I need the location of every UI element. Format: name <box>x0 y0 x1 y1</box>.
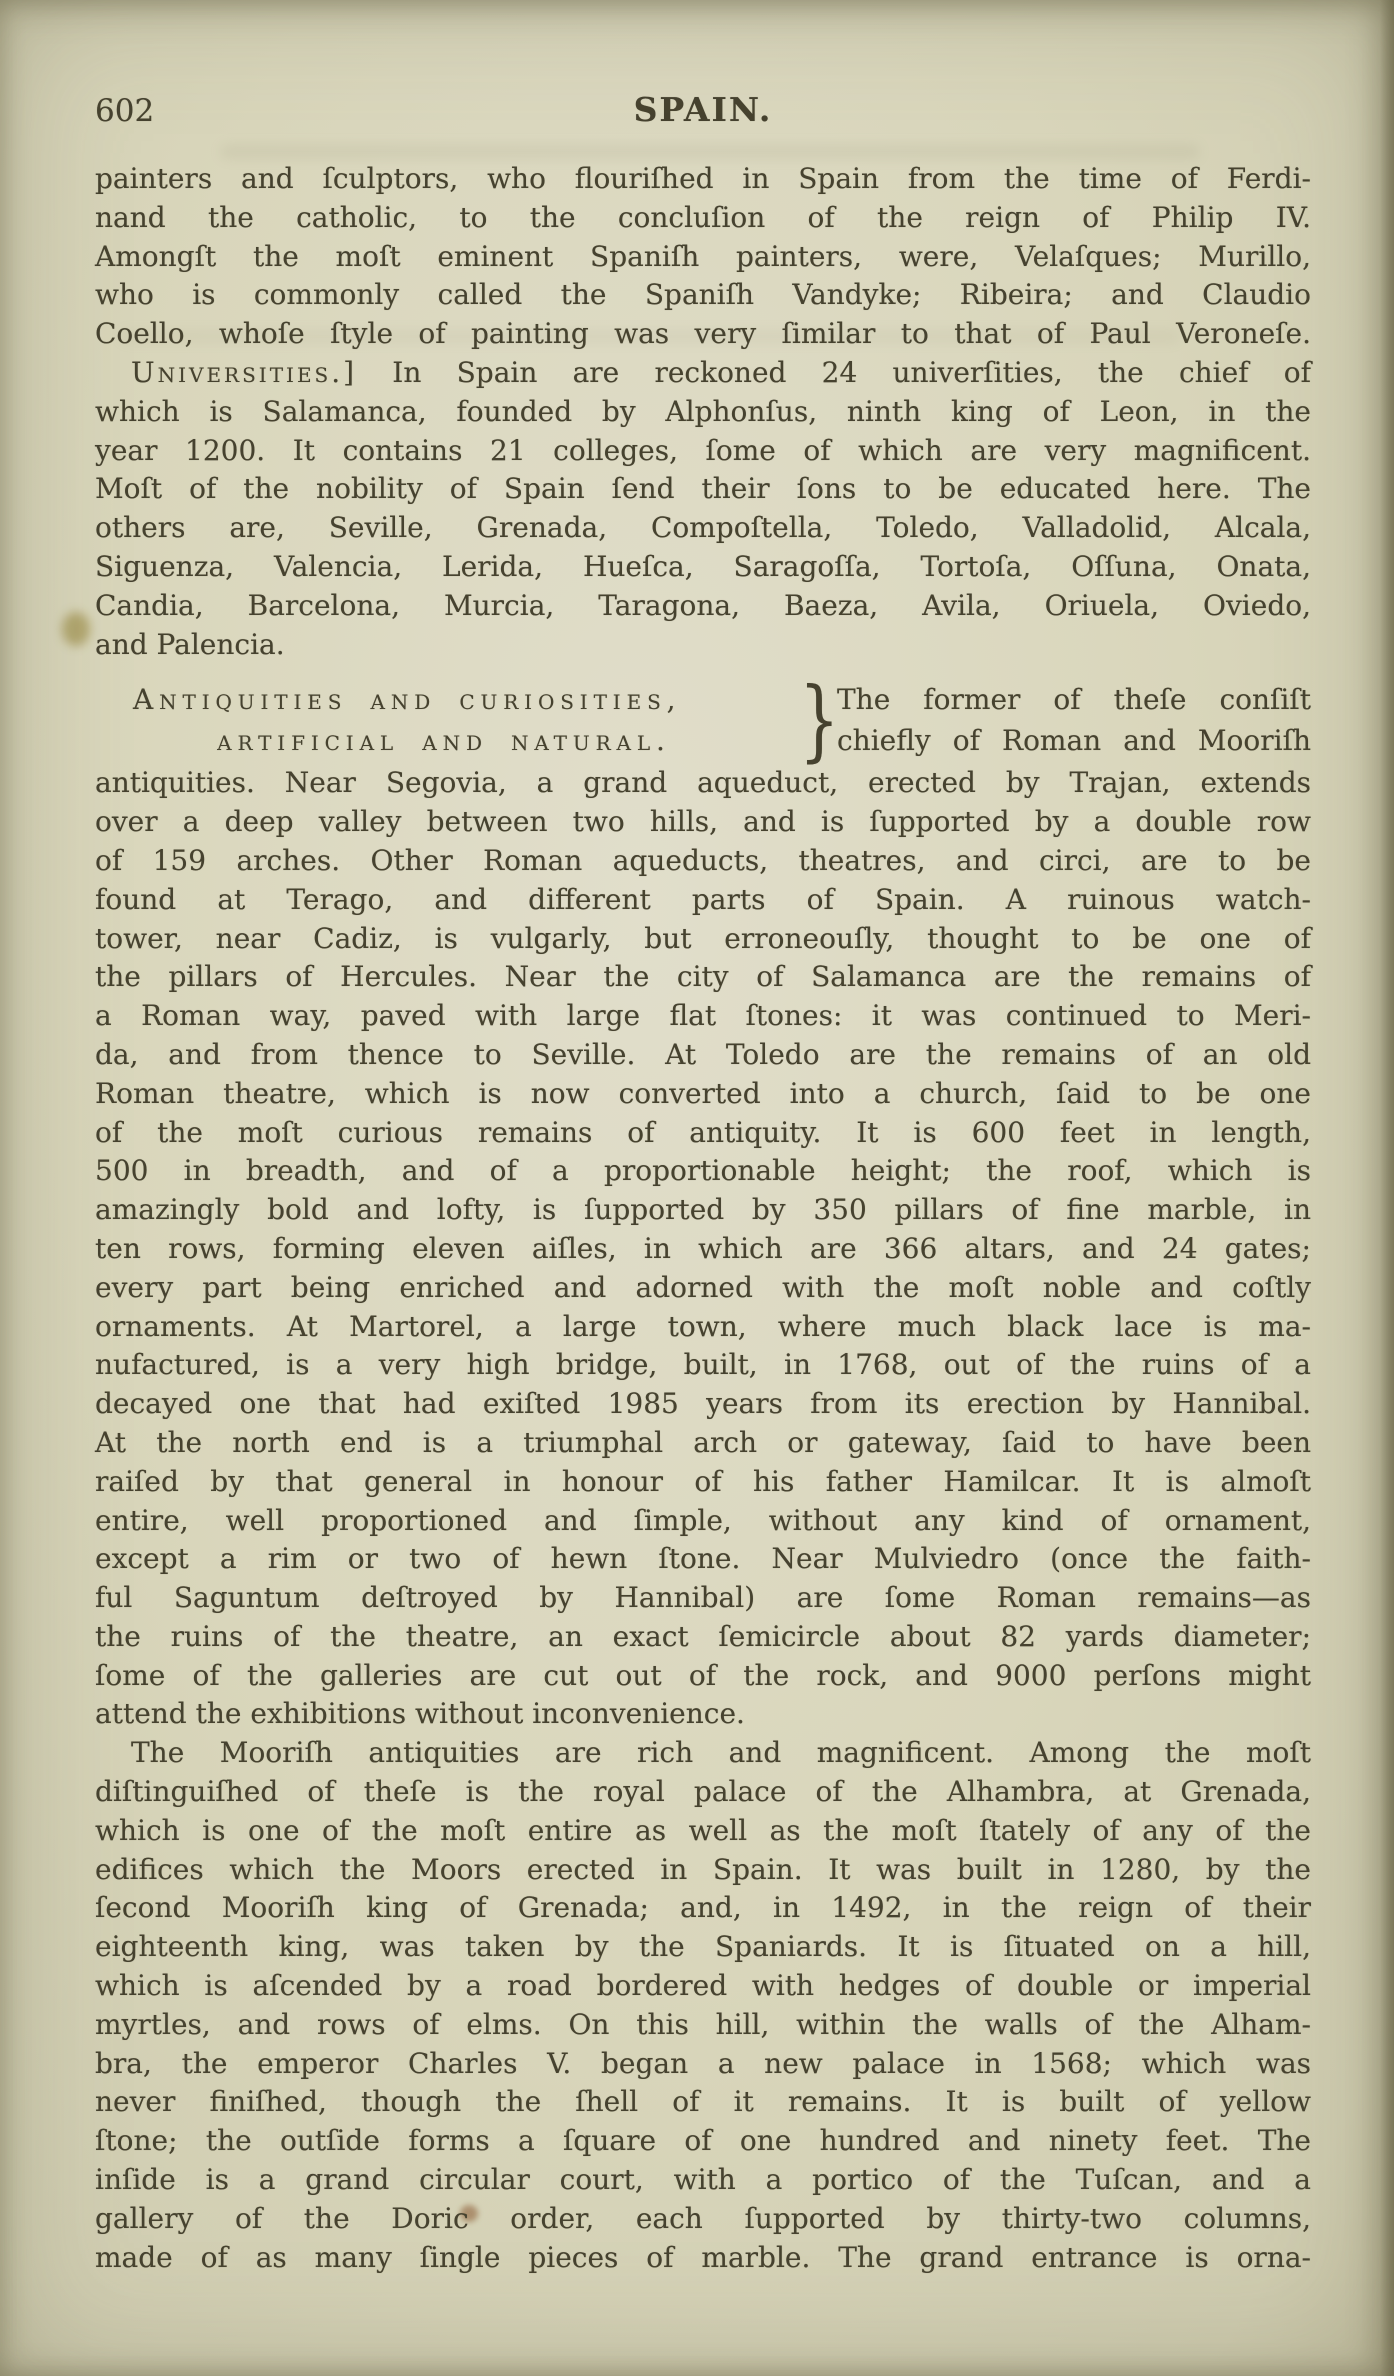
text-line: 500 in breadth, and of a proportionable … <box>95 1152 1311 1191</box>
text-line: others are, Seville, Grenada, Compoſtell… <box>95 509 1311 548</box>
text-line: which is Salamanca, founded by Alphonſus… <box>95 393 1311 432</box>
text-line: who is commonly called the Spaniſh Vandy… <box>95 276 1311 315</box>
text-line: entire, well proportioned and ſimple, wi… <box>95 1502 1311 1541</box>
text-line: the pillars of Hercules. Near the city o… <box>95 958 1311 997</box>
text-line: the ruins of the theatre, an exact ſemic… <box>95 1618 1311 1657</box>
text-line: a Roman way, paved with large flat ſtone… <box>95 997 1311 1036</box>
text-line: Universities.] In Spain are reckoned 24 … <box>95 354 1311 393</box>
paragraph-moorish: The Mooriſh antiquities are rich and mag… <box>95 1734 1311 2277</box>
text-line: decayed one that had exiſted 1985 years … <box>95 1385 1311 1424</box>
text-line: antiquities. Near Segovia, a grand aqued… <box>95 764 1311 803</box>
heading-line-2: artificial and natural. <box>95 720 793 761</box>
text-line: tower, near Cadiz, is vulgarly, but erro… <box>95 920 1311 959</box>
text-line: found at Terago, and different parts of … <box>95 881 1311 920</box>
book-page-scan: 602 SPAIN. painters and ſculptors, who f… <box>0 0 1394 2376</box>
text-line: bra, the emperor Charles V. began a new … <box>95 2045 1311 2084</box>
text-line: nand the catholic, to the concluſion of … <box>95 199 1311 238</box>
text-line: edifices which the Moors erected in Spai… <box>95 1851 1311 1890</box>
text-line: and Palencia. <box>95 626 1311 665</box>
text-line: ten rows, forming eleven aiſles, in whic… <box>95 1230 1311 1269</box>
text-line: year 1200. It contains 21 colleges, ſome… <box>95 432 1311 471</box>
text-line: of the moſt curious remains of antiquity… <box>95 1114 1311 1153</box>
text-line: The Mooriſh antiquities are rich and mag… <box>95 1734 1311 1773</box>
text-line: over a deep valley between two hills, an… <box>95 803 1311 842</box>
text-line: The former of theſe conſiſt <box>837 679 1311 720</box>
text-line: da, and from thence to Seville. At Toled… <box>95 1036 1311 1075</box>
text-line: chiefly of Roman and Mooriſh <box>837 720 1311 761</box>
text-line: ſtone; the outſide forms a ſquare of one… <box>95 2122 1311 2161</box>
text-line: Coello, whoſe ſtyle of painting was very… <box>95 315 1311 354</box>
paragraph-universities: Universities.] In Spain are reckoned 24 … <box>95 354 1311 664</box>
running-title: SPAIN. <box>634 90 773 129</box>
paragraph-lines: painters and ſculptors, who flouriſhed i… <box>95 160 1311 354</box>
text-line: never finiſhed, though the ſhell of it r… <box>95 2083 1311 2122</box>
antiquities-heading-right: The former of theſe conſiſt chiefly of R… <box>837 679 1311 761</box>
running-header: 602 SPAIN. <box>95 90 1311 129</box>
text-line: At the north end is a triumphal arch or … <box>95 1424 1311 1463</box>
text-line: ſome of the galleries are cut out of the… <box>95 1657 1311 1696</box>
text-line: except a rim or two of hewn ſtone. Near … <box>95 1540 1311 1579</box>
antiquities-heading-left: Antiquities and curiosities, artificial … <box>95 679 793 761</box>
text-line: which is one of the moſt entire as well … <box>95 1812 1311 1851</box>
text-line: diſtinguiſhed of theſe is the royal pala… <box>95 1773 1311 1812</box>
ink-bleed-artifact <box>220 144 1200 159</box>
text-line: Siguenza, Valencia, Lerida, Hueſca, Sara… <box>95 548 1311 587</box>
page-number: 602 <box>95 93 634 129</box>
text-line: attend the exhibitions without inconveni… <box>95 1695 1311 1734</box>
text-line: painters and ſculptors, who flouriſhed i… <box>95 160 1311 199</box>
text-line: which is aſcended by a road bordered wit… <box>95 1967 1311 2006</box>
paragraph-lines: diſtinguiſhed of theſe is the royal pala… <box>95 1773 1311 2277</box>
paragraph-antiquities: antiquities. Near Segovia, a grand aqued… <box>95 764 1311 1734</box>
paragraph-lines: which is Salamanca, founded by Alphonſus… <box>95 393 1311 626</box>
text-line: ornaments. At Martorel, a large town, wh… <box>95 1308 1311 1347</box>
page-body-text: painters and ſculptors, who flouriſhed i… <box>95 160 1311 2277</box>
text-line: of 159 arches. Other Roman aqueducts, th… <box>95 842 1311 881</box>
text-line: eighteenth king, was taken by the Spania… <box>95 1928 1311 1967</box>
text-line: every part being enriched and adorned wi… <box>95 1269 1311 1308</box>
text-line: amazingly bold and lofty, is ſupported b… <box>95 1191 1311 1230</box>
paragraph-lines: antiquities. Near Segovia, a grand aqued… <box>95 764 1311 1695</box>
page-edge-shadow <box>1380 0 1394 2376</box>
text-line: nufactured, is a very high bridge, built… <box>95 1346 1311 1385</box>
text-line: Candia, Barcelona, Murcia, Taragona, Bae… <box>95 587 1311 626</box>
text-line: ful Saguntum deſtroyed by Hannibal) are … <box>95 1579 1311 1618</box>
text-line: Moſt of the nobility of Spain ſend their… <box>95 470 1311 509</box>
text-line: made of as many ſingle pieces of marble.… <box>95 2239 1311 2278</box>
text-line: Roman theatre, which is now converted in… <box>95 1075 1311 1114</box>
text-line: gallery of the Doric order, each ſupport… <box>95 2200 1311 2239</box>
heading-rest-text: In Spain are reckoned 24 univerſities, t… <box>357 356 1311 389</box>
curly-brace-glyph: } <box>799 680 831 760</box>
paper-stain <box>62 612 90 646</box>
text-line: Amongſt the moſt eminent Spaniſh painter… <box>95 238 1311 277</box>
text-line: raiſed by that general in honour of his … <box>95 1463 1311 1502</box>
heading-line-1: Antiquities and curiosities, <box>95 679 793 720</box>
text-line: inſide is a grand circular court, with a… <box>95 2161 1311 2200</box>
section-heading-antiquities: Antiquities and curiosities, artificial … <box>95 679 1311 761</box>
text-line: ſecond Mooriſh king of Grenada; and, in … <box>95 1889 1311 1928</box>
section-heading-universities: Universities.] <box>131 356 357 389</box>
text-line: myrtles, and rows of elms. On this hill,… <box>95 2006 1311 2045</box>
paragraph-painters: painters and ſculptors, who flouriſhed i… <box>95 160 1311 354</box>
